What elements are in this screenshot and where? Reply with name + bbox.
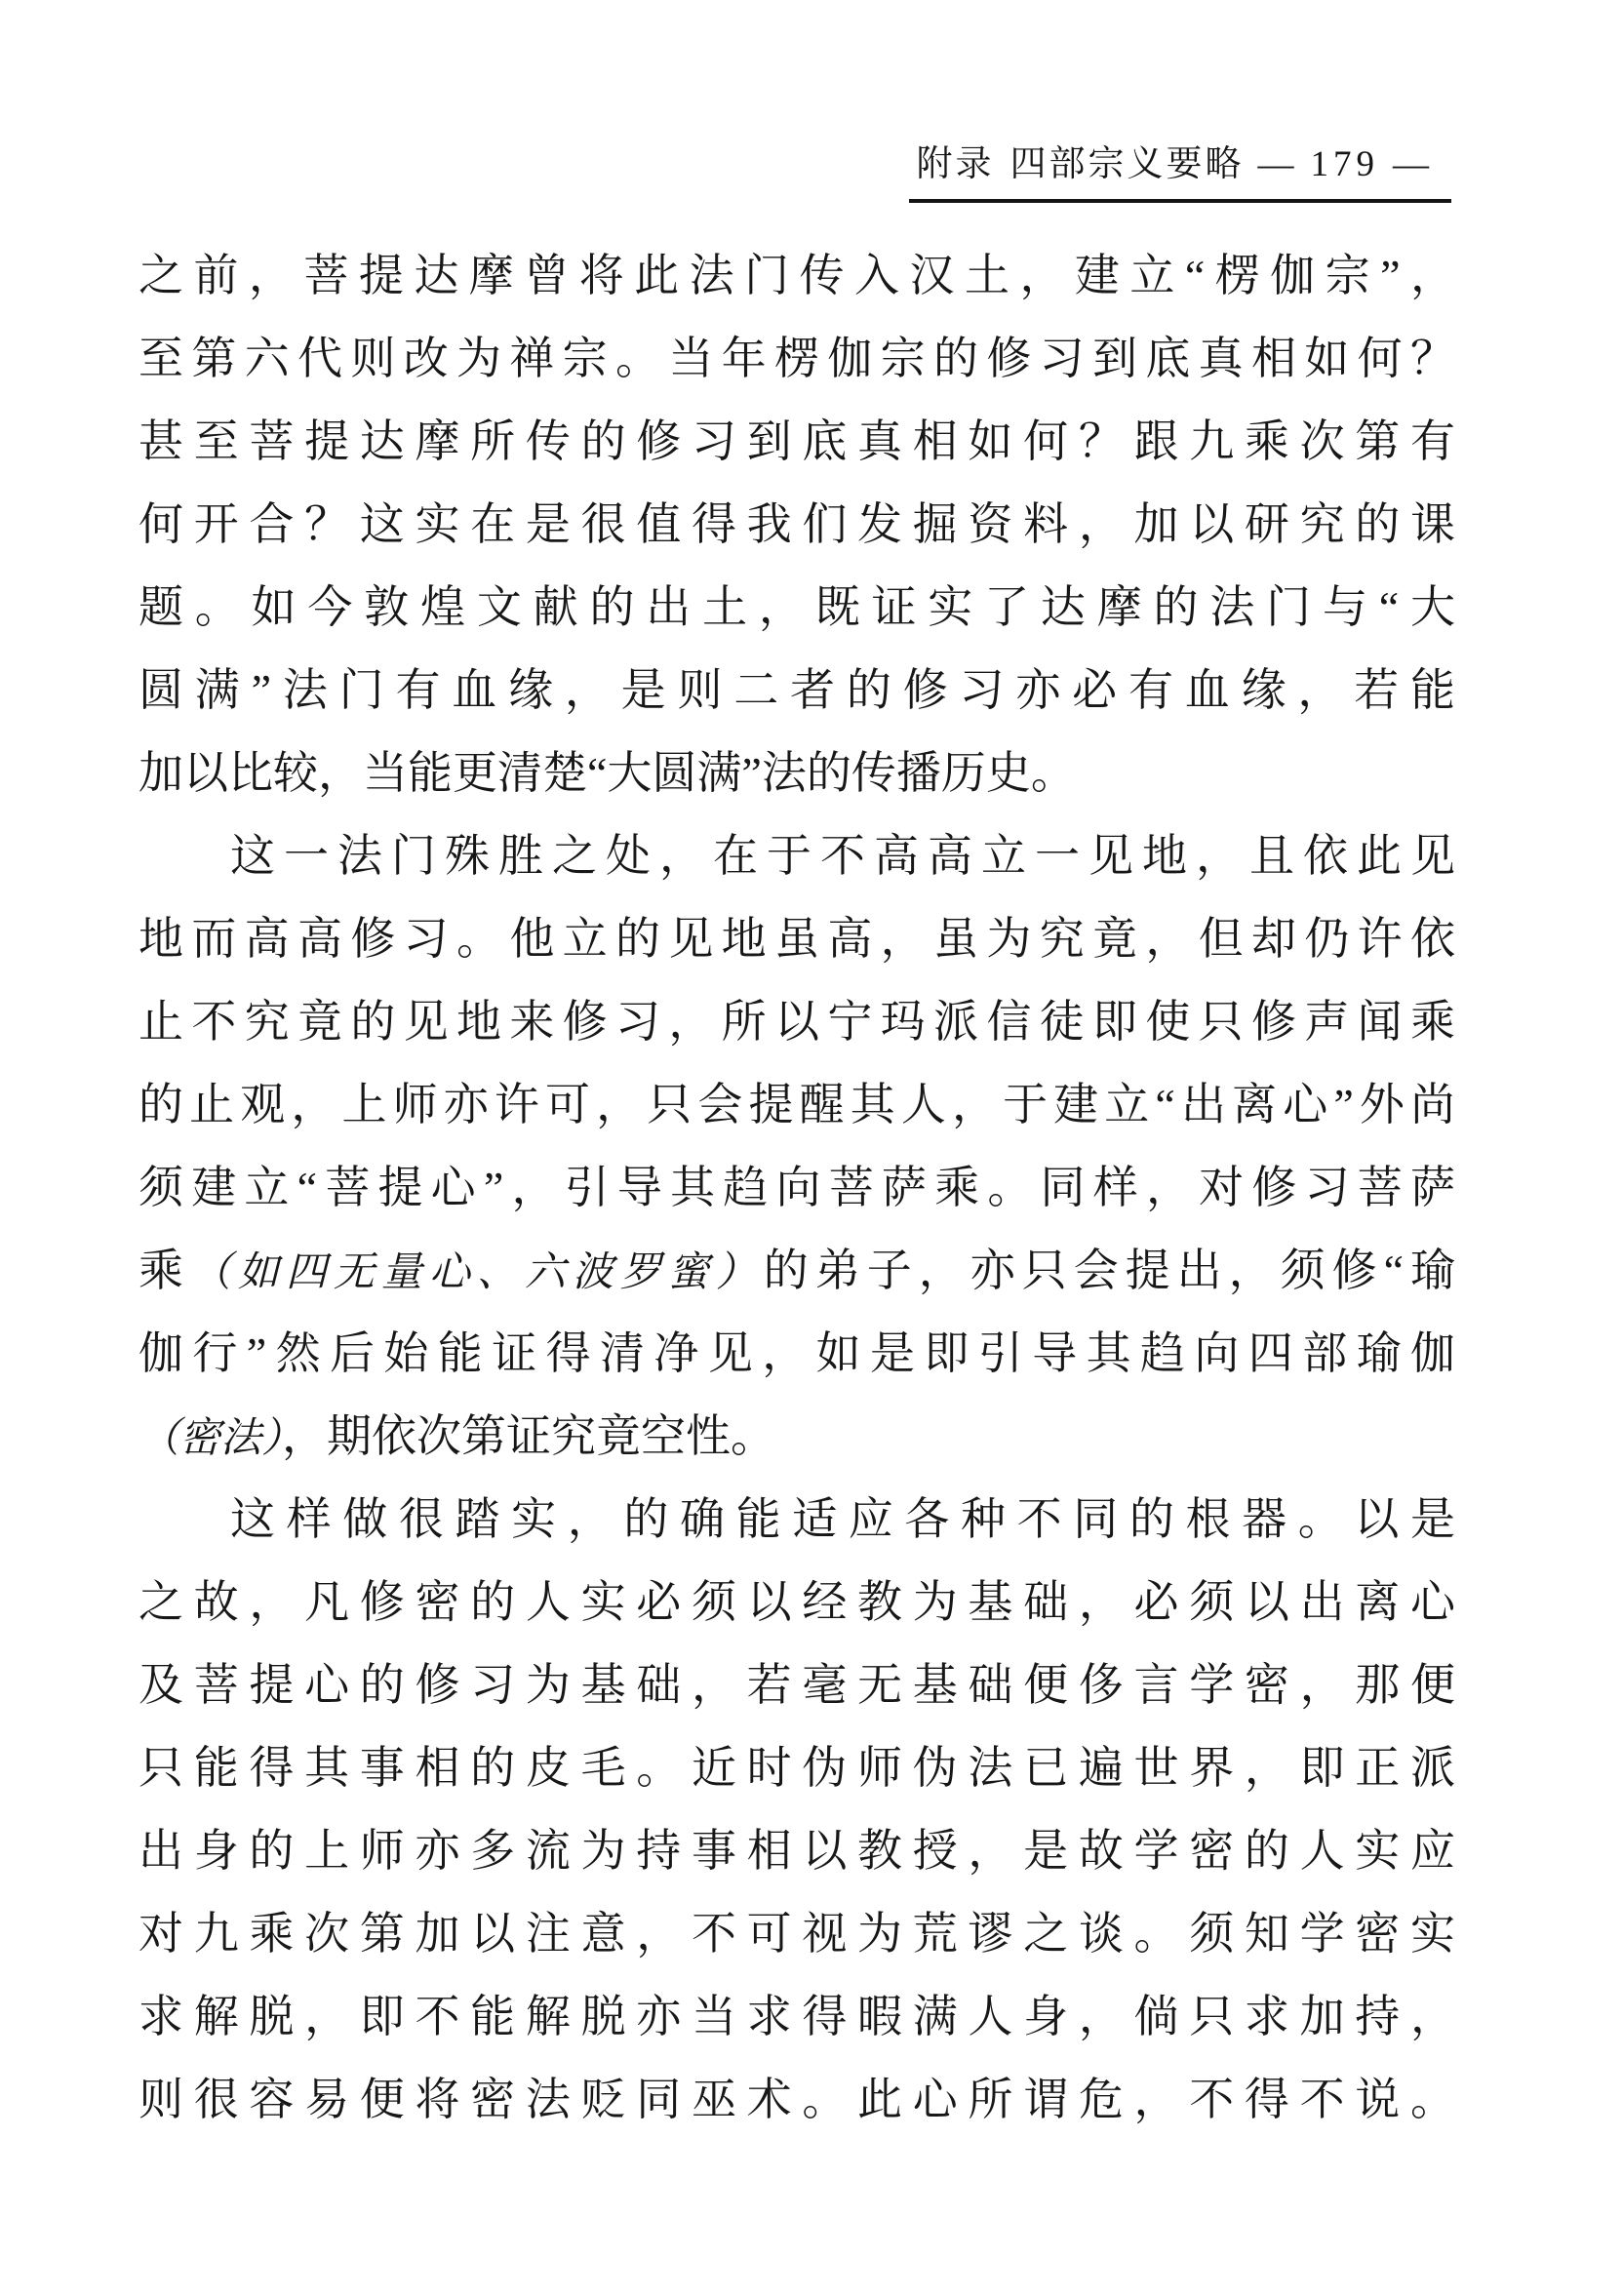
text-line: 至第六代则改为禅宗。当年楞伽宗的修习到底真相如何？ bbox=[139, 317, 1455, 400]
parenthetical-note: （密法） bbox=[139, 1416, 282, 1461]
header-dash-right: — bbox=[1393, 144, 1432, 184]
page-body: 之前，菩提达摩曾将此法门传入汉土，建立“楞伽宗”， 至第六代则改为禅宗。当年楞伽… bbox=[139, 234, 1455, 2141]
text-line: 的止观，上师亦许可，只会提醒其人，于建立“出离心”外尚 bbox=[139, 1063, 1455, 1146]
book-page: 附录四部宗义要略—179— 之前，菩提达摩曾将此法门传入汉土，建立“楞伽宗”， … bbox=[0, 0, 1623, 2296]
page-number: 179 bbox=[1311, 144, 1380, 184]
text-line: 乘（如四无量心、六波罗蜜）的弟子，亦只会提出，须修“瑜 bbox=[139, 1229, 1455, 1312]
header-section-label: 附录 bbox=[917, 144, 995, 184]
text-line: 何开合？这实在是很值得我们发掘资料，加以研究的课 bbox=[139, 483, 1455, 566]
running-head: 附录四部宗义要略—179— bbox=[909, 142, 1452, 203]
text-line: （密法），期依次第证究竟空性。 bbox=[139, 1395, 1455, 1478]
text-line: 则很容易便将密法贬同巫术。此心所谓危，不得不说。 bbox=[139, 2058, 1455, 2141]
text-line: 对九乘次第加以注意，不可视为荒谬之谈。须知学密实 bbox=[139, 1892, 1455, 1975]
parenthetical-note: （如四无量心、六波罗蜜） bbox=[190, 1250, 764, 1295]
text-line: 止不究竟的见地来修习，所以宁玛派信徒即使只修声闻乘 bbox=[139, 980, 1455, 1063]
text-line: 圆满”法门有血缘，是则二者的修习亦必有血缘，若能 bbox=[139, 649, 1455, 732]
text-run: ，期依次第证究竟空性。 bbox=[282, 1411, 775, 1461]
text-line: 伽行”然后始能证得清净见，如是即引导其趋向四部瑜伽 bbox=[139, 1312, 1455, 1395]
text-line: 加以比较，当能更清楚“大圆满”法的传播历史。 bbox=[139, 732, 1455, 814]
text-line: 之故，凡修密的人实必须以经教为基础，必须以出离心 bbox=[139, 1561, 1455, 1643]
header-chapter-title: 四部宗义要略 bbox=[1010, 144, 1245, 184]
text-line: 这样做很踏实，的确能适应各种不同的根器。以是 bbox=[139, 1478, 1455, 1561]
text-line: 求解脱，即不能解脱亦当求得暇满人身，倘只求加持， bbox=[139, 1975, 1455, 2058]
text-run: 乘 bbox=[139, 1246, 190, 1295]
text-line: 及菩提心的修习为基础，若毫无基础便侈言学密，那便 bbox=[139, 1643, 1455, 1726]
text-line: 题。如今敦煌文献的出土，既证实了达摩的法门与“大 bbox=[139, 566, 1455, 649]
text-line: 出身的上师亦多流为持事相以教授，是故学密的人实应 bbox=[139, 1809, 1455, 1892]
header-dash-left: — bbox=[1258, 144, 1297, 184]
text-line: 地而高高修习。他立的见地虽高，虽为究竟，但却仍许依 bbox=[139, 897, 1455, 980]
text-line: 只能得其事相的皮毛。近时伪师伪法已遍世界，即正派 bbox=[139, 1726, 1455, 1809]
text-line: 须建立“菩提心”，引导其趋向菩萨乘。同样，对修习菩萨 bbox=[139, 1146, 1455, 1229]
text-line: 这一法门殊胜之处，在于不高高立一见地，且依此见 bbox=[139, 814, 1455, 897]
text-line: 之前，菩提达摩曾将此法门传入汉土，建立“楞伽宗”， bbox=[139, 234, 1455, 317]
text-run: 的弟子，亦只会提出，须修“瑜 bbox=[764, 1246, 1455, 1295]
text-line: 甚至菩提达摩所传的修习到底真相如何？跟九乘次第有 bbox=[139, 400, 1455, 483]
page-header: 附录四部宗义要略—179— bbox=[909, 142, 1452, 203]
